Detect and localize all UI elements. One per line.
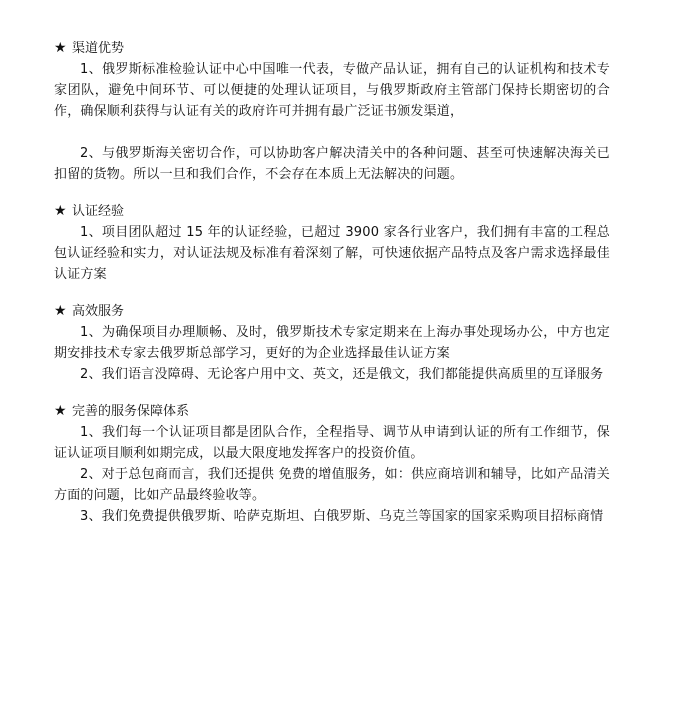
- section-channel-advantage: ★渠道优势 1、俄罗斯标准检验认证中心中国唯一代表，专做产品认证，拥有自己的认证…: [54, 38, 610, 185]
- paragraph: 2、与俄罗斯海关密切合作，可以协助客户解决清关中的各种问题、甚至可快速解决海关已…: [54, 143, 610, 185]
- section-certification-experience: ★认证经验 1、项目团队超过 15 年的认证经验，已超过 3900 家各行业客户…: [54, 201, 610, 285]
- section-heading: ★高效服务: [54, 301, 610, 322]
- document-body: ★渠道优势 1、俄罗斯标准检验认证中心中国唯一代表，专做产品认证，拥有自己的认证…: [54, 38, 610, 527]
- star-icon: ★: [54, 301, 72, 322]
- paragraph: 2、我们语言没障碍、无论客户用中文、英文，还是俄文，我们都能提供高质里的互译服务: [54, 364, 610, 385]
- section-heading: ★认证经验: [54, 201, 610, 222]
- section-heading: ★渠道优势: [54, 38, 610, 59]
- paragraph: 1、俄罗斯标准检验认证中心中国唯一代表，专做产品认证，拥有自己的认证机构和技术专…: [54, 59, 610, 122]
- section-title: 认证经验: [72, 204, 124, 219]
- paragraph: 1、项目团队超过 15 年的认证经验，已超过 3900 家各行业客户，我们拥有丰…: [54, 222, 610, 285]
- blank-line: [54, 122, 610, 143]
- paragraph: 2、对于总包商而言，我们还提供 免费的增值服务，如：供应商培训和辅导，比如产品清…: [54, 464, 610, 506]
- paragraph: 1、我们每一个认证项目都是团队合作，全程指导、调节从申请到认证的所有工作细节，保…: [54, 422, 610, 464]
- section-efficient-service: ★高效服务 1、为确保项目办理顺畅、及时，俄罗斯技术专家定期来在上海办事处现场办…: [54, 301, 610, 385]
- section-title: 完善的服务保障体系: [72, 404, 189, 419]
- section-heading: ★完善的服务保障体系: [54, 401, 610, 422]
- section-service-guarantee: ★完善的服务保障体系 1、我们每一个认证项目都是团队合作，全程指导、调节从申请到…: [54, 401, 610, 527]
- star-icon: ★: [54, 201, 72, 222]
- star-icon: ★: [54, 401, 72, 422]
- star-icon: ★: [54, 38, 72, 59]
- paragraph: 3、我们免费提供俄罗斯、哈萨克斯坦、白俄罗斯、乌克兰等国家的国家采购项目招标商情: [54, 506, 610, 527]
- paragraph: 1、为确保项目办理顺畅、及时，俄罗斯技术专家定期来在上海办事处现场办公，中方也定…: [54, 322, 610, 364]
- section-title: 渠道优势: [72, 41, 124, 56]
- section-title: 高效服务: [72, 304, 124, 319]
